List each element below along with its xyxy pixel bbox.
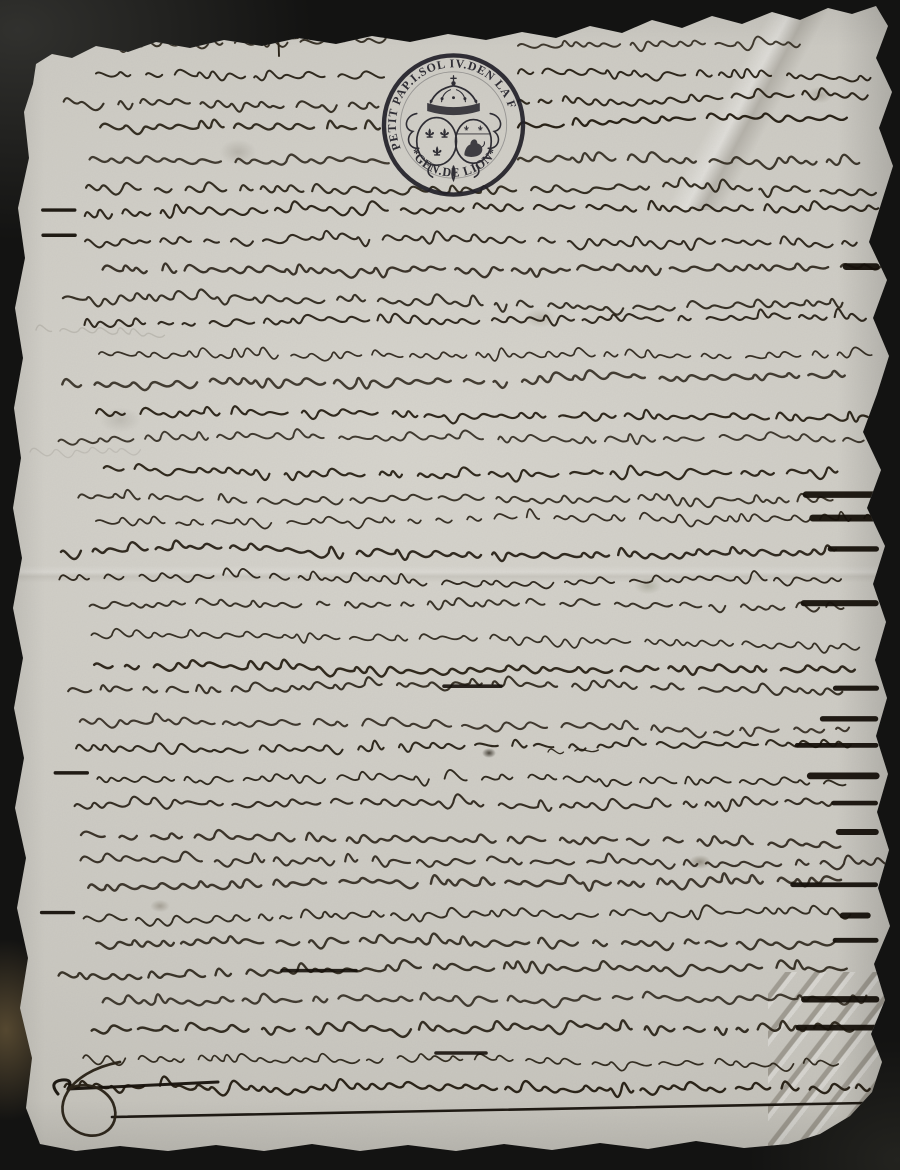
- fleur-de-lis-icon: [440, 128, 449, 138]
- fleur-de-lis-icon: [433, 146, 442, 156]
- photo-background: PETIT PAP.I.SOL IV.DEN LA F *GEN.DE LION…: [0, 0, 900, 1170]
- crown-icon: [428, 76, 480, 115]
- fleur-de-lis-shield: [417, 118, 457, 166]
- manuscript-page: PETIT PAP.I.SOL IV.DEN LA F *GEN.DE LION…: [0, 0, 900, 1170]
- lion-rampant-shield: [455, 120, 491, 164]
- revenue-stamp: PETIT PAP.I.SOL IV.DEN LA F *GEN.DE LION…: [379, 50, 528, 199]
- fleur-de-lis-icon: [478, 125, 482, 130]
- fleur-de-lis-icon: [464, 125, 468, 130]
- fleur-de-lis-icon: [425, 128, 434, 138]
- invocation-cross-mark: [248, 26, 304, 60]
- stamp-banner-label: *GEN.DE LION*: [407, 145, 500, 179]
- lion-rampant-icon: [464, 139, 482, 157]
